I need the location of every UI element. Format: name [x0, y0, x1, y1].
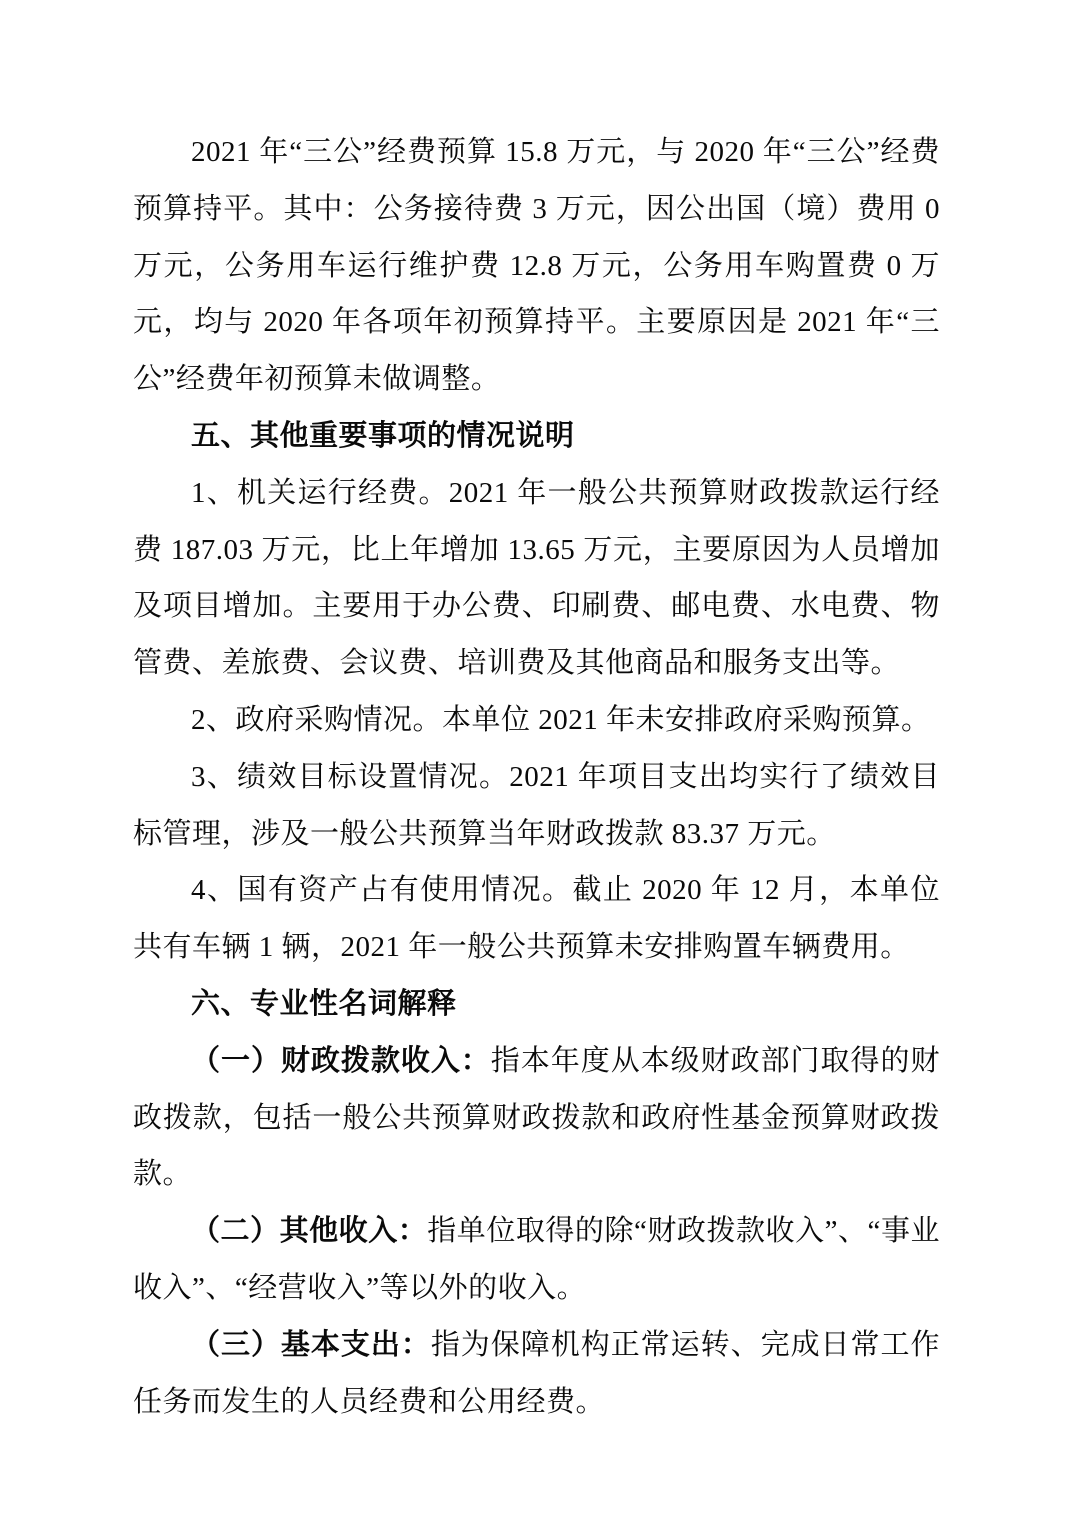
heading-section-six-terminology: 六、专业性名词解释: [133, 976, 940, 1033]
term-paragraph-fiscal-appropriation-income: （一）财政拨款收入：指本年度从本级财政部门取得的财政拨款，包括一般公共预算财政拨…: [133, 1033, 940, 1203]
paragraph-3-performance-targets: 3、绩效目标设置情况。2021 年项目支出均实行了绩效目标管理，涉及一般公共预算…: [133, 749, 940, 863]
paragraph-2-government-procurement: 2、政府采购情况。本单位 2021 年未安排政府采购预算。: [133, 692, 940, 749]
term-lead-fiscal-appropriation-income: （一）财政拨款收入：: [191, 1045, 491, 1077]
term-paragraph-basic-expenditure: （三）基本支出：指为保障机构正常运转、完成日常工作任务而发生的人员经费和公用经费…: [133, 1317, 940, 1431]
term-paragraph-other-income: （二）其他收入：指单位取得的除“财政拨款收入”、“事业收入”、“经营收入”等以外…: [133, 1203, 940, 1317]
term-lead-other-income: （二）其他收入：: [191, 1215, 427, 1247]
heading-section-five-other-important-matters: 五、其他重要事项的情况说明: [133, 408, 940, 465]
term-lead-basic-expenditure: （三）基本支出：: [191, 1329, 431, 1361]
paragraph-sangong-budget: 2021 年“三公”经费预算 15.8 万元，与 2020 年“三公”经费预算持…: [133, 124, 940, 408]
paragraph-1-agency-operating-funds: 1、机关运行经费。2021 年一般公共预算财政拨款运行经费 187.03 万元，…: [133, 465, 940, 692]
document-page: 2021 年“三公”经费预算 15.8 万元，与 2020 年“三公”经费预算持…: [0, 0, 1074, 1520]
paragraph-4-state-owned-assets: 4、国有资产占有使用情况。截止 2020 年 12 月，本单位共有车辆 1 辆，…: [133, 862, 940, 976]
